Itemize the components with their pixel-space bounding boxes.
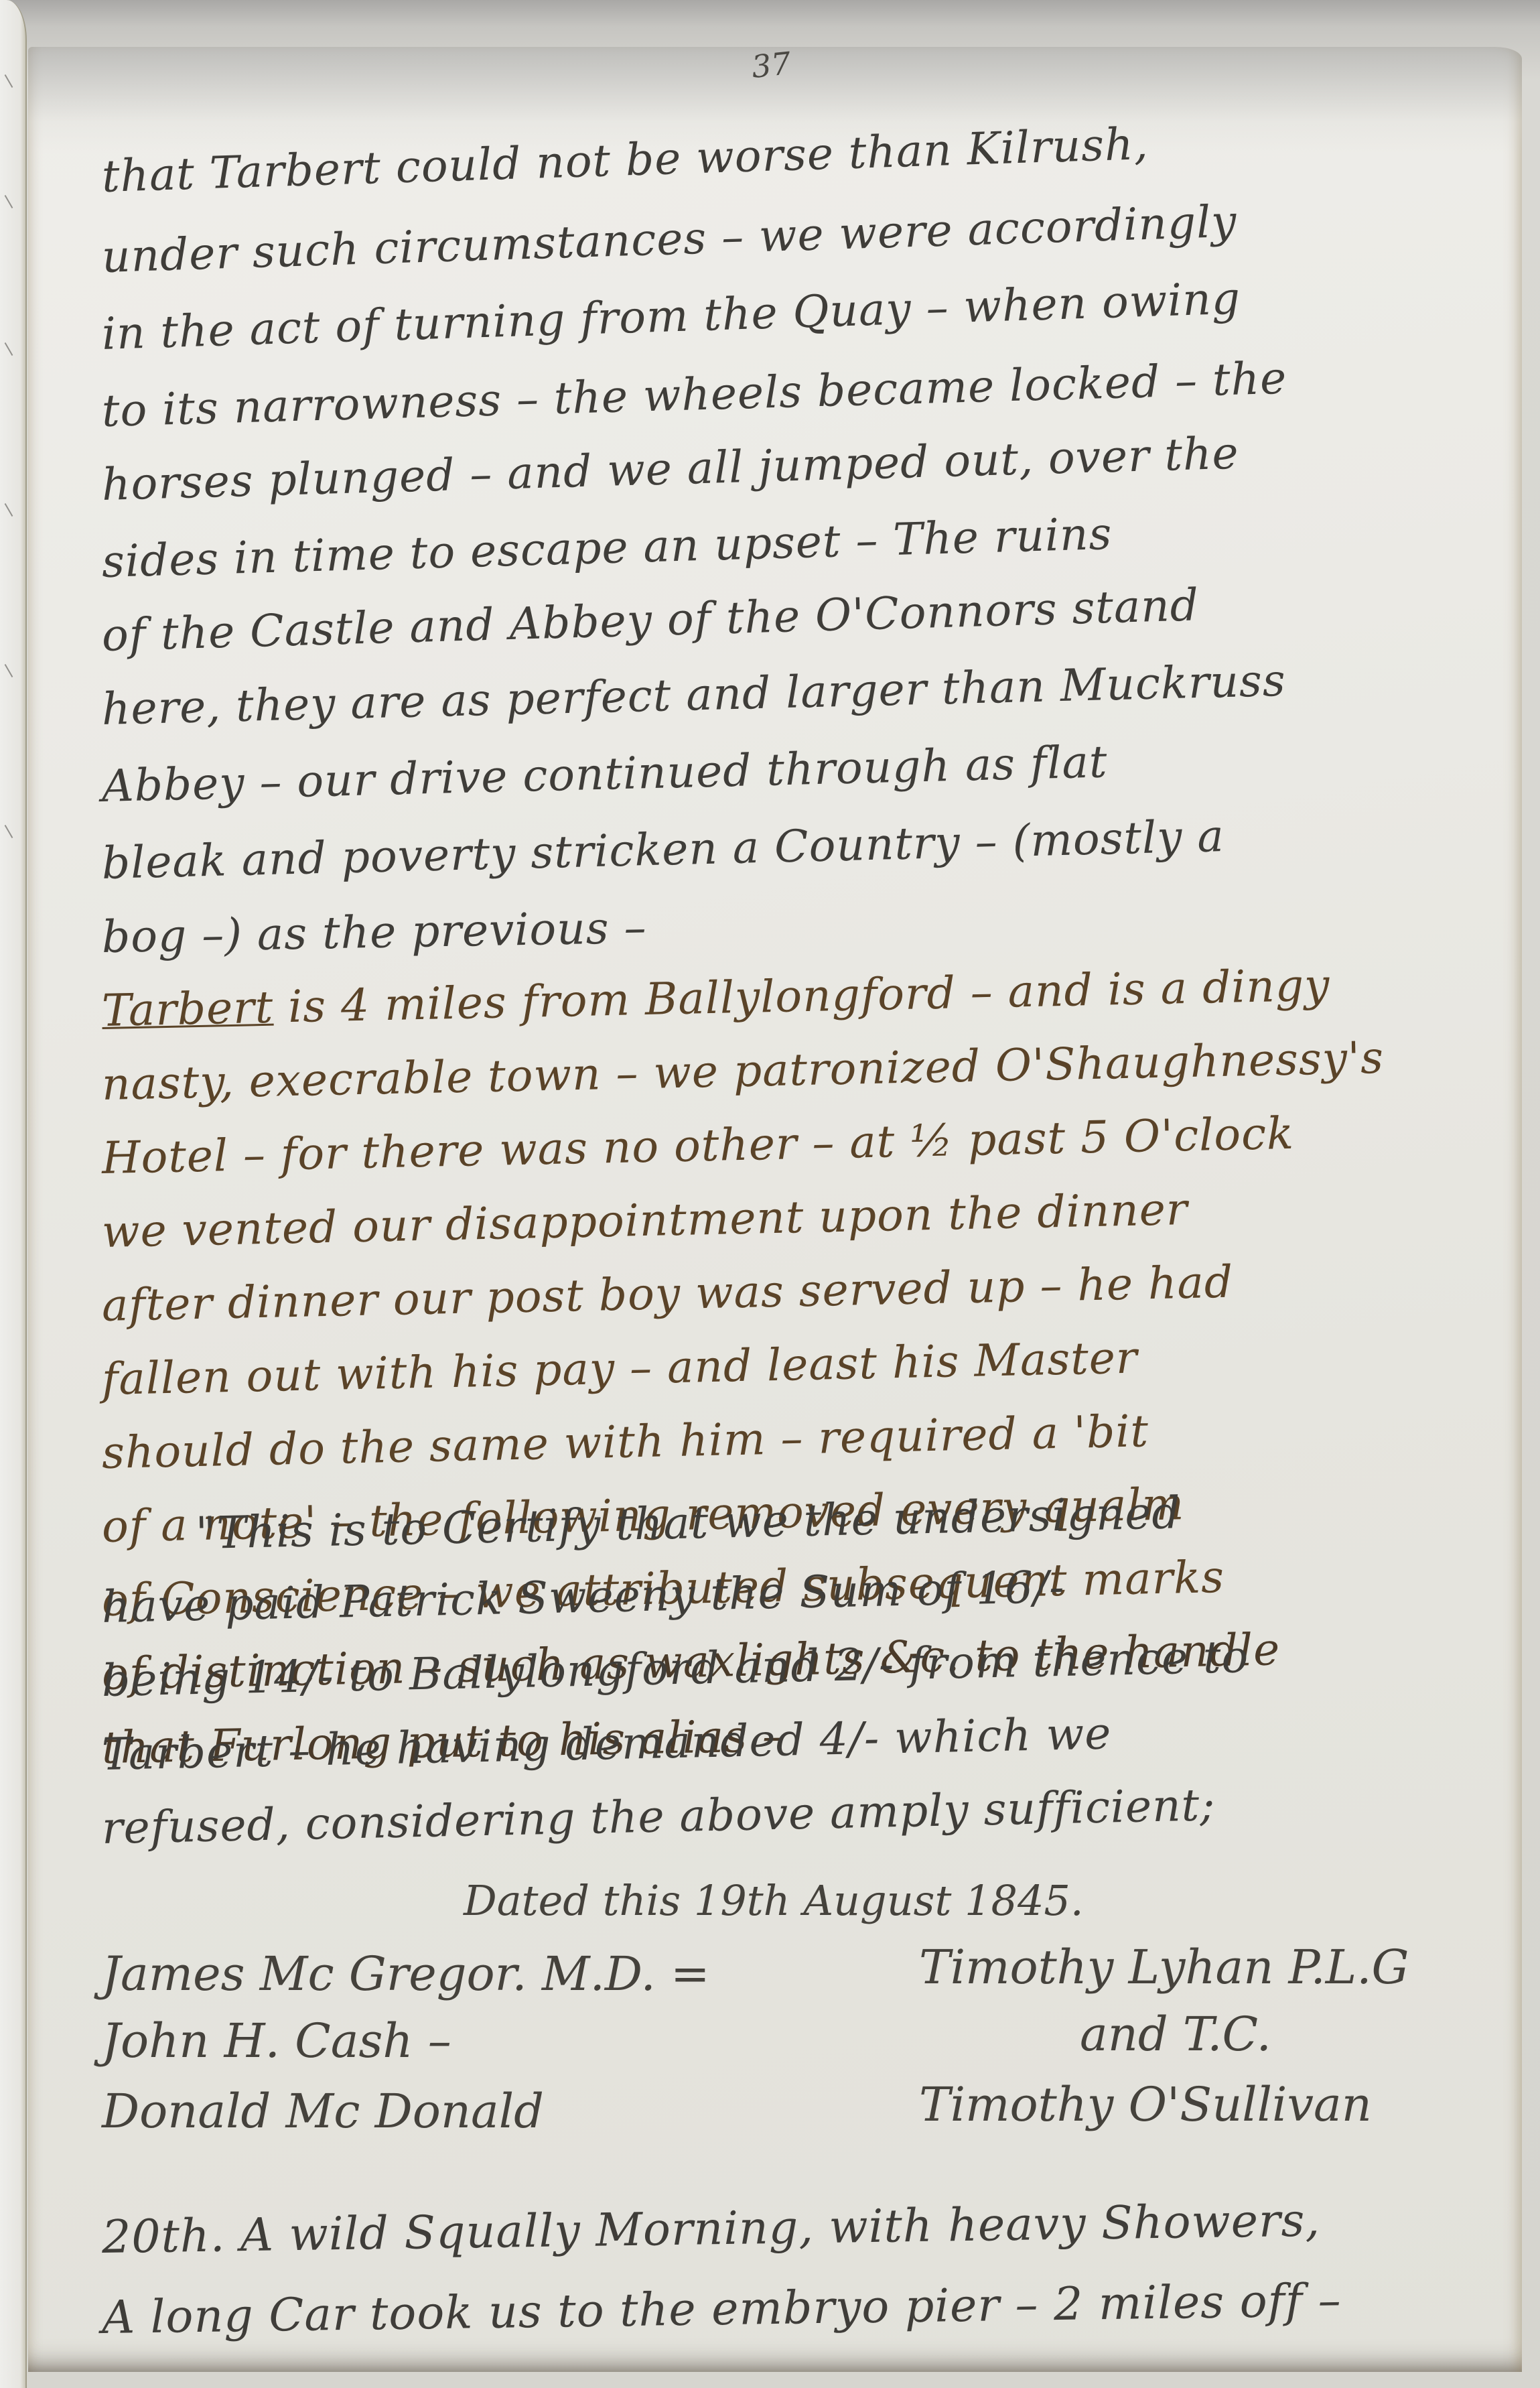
previous-page-edge [0, 0, 27, 2388]
text-line: bog –) as the previous – [101, 902, 647, 963]
previous-page-ink [5, 74, 13, 88]
previous-page-ink [5, 195, 13, 208]
text-line: of Conscience – we attributed subsequent… [101, 1551, 1224, 1626]
text-line: that Furlong put to his alias – [101, 1710, 785, 1774]
text-line: here, they are as perfect and larger tha… [101, 655, 1286, 735]
previous-page-ink [5, 503, 13, 517]
text-line: horses plunged – and we all jumped out, … [101, 427, 1240, 511]
tarbert-heading: Tarbert [101, 982, 274, 1037]
text-line: after dinner our post boy was served up … [101, 1256, 1234, 1331]
text-line: under such circumstances – we were accor… [101, 196, 1238, 283]
text-line: nasty, execrable town – we patronized O'… [101, 1032, 1385, 1110]
text-fragment: is 4 miles from Ballylongford – and is a… [287, 959, 1330, 1033]
text-line: to its narrowness – the wheels became lo… [101, 352, 1287, 437]
text-line-tarbert: Tarbert is 4 miles from Ballylongford – … [101, 959, 1330, 1037]
text-line: fallen out with his pay – and least his … [101, 1332, 1138, 1405]
text-line: of distinction – such as waxlights &c. t… [101, 1623, 1281, 1700]
previous-page-ink [5, 664, 13, 677]
text-line: should do the same with him – required a… [101, 1405, 1149, 1479]
text-line: sides in time to escape an upset – The r… [101, 508, 1113, 588]
text-line: of a note' – the following removed every… [101, 1478, 1185, 1552]
text-line: of the Castle and Abbey of the O'Connors… [101, 579, 1200, 661]
text-line: in the act of turning from the Quay – wh… [101, 273, 1241, 360]
previous-page-ink [5, 342, 13, 356]
text-line: that Tarbert could not be worse than Kil… [101, 118, 1149, 202]
previous-page-ink [5, 825, 13, 838]
photo-scene: 37 that Tarbert could not be worse than … [0, 0, 1540, 2388]
text-line: Hotel – for there was no other – at ½ pa… [101, 1108, 1295, 1184]
text-line: bleak and poverty stricken a Country – (… [101, 810, 1225, 889]
journal-page: 37 that Tarbert could not be worse than … [28, 47, 1522, 2372]
text-line: we vented our disappointment upon the di… [101, 1183, 1188, 1258]
page-number: 37 [750, 45, 792, 85]
text-line: Abbey – our drive continued through as f… [101, 736, 1108, 812]
